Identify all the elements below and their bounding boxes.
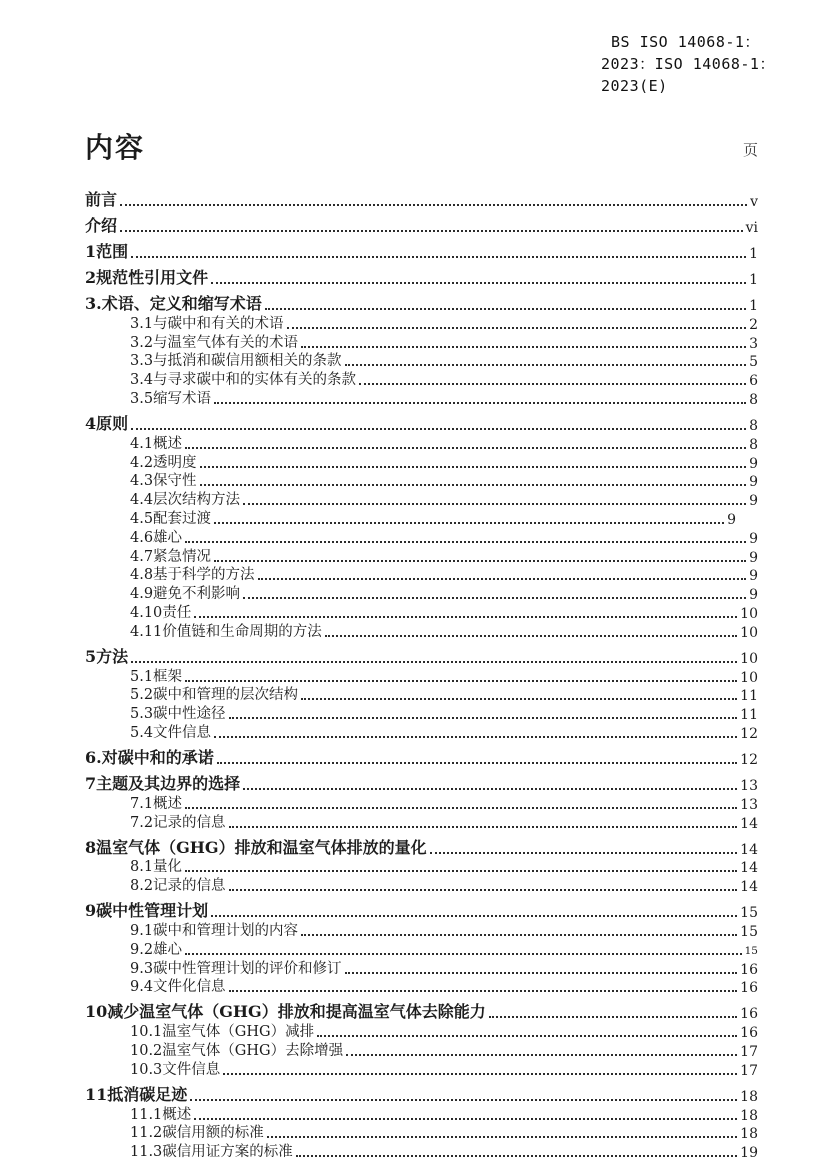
toc-leader-dots (190, 1099, 737, 1101)
toc-entry: 7主题及其边界的选择13 (85, 774, 758, 794)
toc-entry: 5方法10 (85, 647, 758, 667)
document-page: BS ISO 14068-1： 2023：ISO 14068-1： 2023(E… (0, 0, 828, 1170)
toc-leader-dots (214, 560, 746, 562)
toc-leader-dots (185, 680, 737, 682)
toc-entry-label: 5方法 (85, 644, 128, 667)
page-column-label: 页 (743, 139, 758, 165)
toc-entry-page: 9 (749, 531, 758, 547)
contents-title-row: 内容 页 (85, 131, 758, 165)
toc-entry-page: 14 (740, 879, 758, 895)
toc-entry: 2规范性引用文件1 (85, 268, 758, 288)
contents-title: 内容 (85, 131, 145, 165)
toc-leader-dots (217, 762, 737, 764)
toc-entry-page: 15 (740, 924, 758, 940)
toc-leader-dots (185, 807, 737, 809)
toc-entry-page: 9 (749, 587, 758, 603)
toc-entry-label: 4.11价值链和生命周期的方法 (130, 620, 322, 641)
toc-list: 前言v介绍vi1范围12规范性引用文件13.术语、定义和缩写术语13.1与碳中和… (85, 184, 758, 1161)
toc-leader-dots (243, 788, 737, 790)
toc-entry-page: 9 (749, 456, 758, 472)
toc-entry-label: 1范围 (85, 239, 128, 262)
toc-entry-page: 11 (740, 707, 758, 723)
toc-entry-page: 6 (749, 373, 758, 389)
toc-entry-page: v (750, 194, 758, 210)
toc-entry: 9.1碳中和管理计划的内容15 (85, 921, 758, 940)
toc-entry: 8温室气体（GHG）排放和温室气体排放的量化14 (85, 838, 758, 858)
toc-leader-dots (267, 1136, 737, 1138)
toc-leader-dots (325, 635, 737, 637)
toc-leader-dots (301, 698, 737, 700)
toc-leader-dots (258, 578, 747, 580)
toc-entry-label: 10减少温室气体（GHG）排放和提高温室气体去除能力 (85, 999, 486, 1022)
toc-leader-dots (317, 1035, 737, 1037)
toc-entry-page: 1 (749, 246, 758, 262)
toc-entry: 3.5缩写术语8 (85, 389, 758, 408)
toc-entry: 1范围1 (85, 242, 758, 262)
standard-reference-header: BS ISO 14068-1： 2023：ISO 14068-1： 2023(E… (601, 31, 821, 97)
toc-entry: 8.2记录的信息14 (85, 876, 758, 895)
toc-leader-dots (296, 1155, 737, 1157)
toc-leader-dots (185, 541, 746, 543)
toc-entry-page: 14 (740, 816, 758, 832)
toc-entry: 介绍vi (85, 216, 758, 236)
toc-entry-page: 9 (749, 474, 758, 490)
toc-entry-page: 1 (749, 298, 758, 314)
toc-leader-dots (243, 503, 746, 505)
toc-leader-dots (214, 736, 737, 738)
toc-entry-page: 10 (740, 606, 758, 622)
toc-entry-label: 7主题及其边界的选择 (85, 771, 240, 794)
toc-entry-label: 10.3文件信息 (130, 1058, 220, 1079)
toc-entry-label: 前言 (85, 187, 117, 210)
toc-entry: 6.对碳中和的承诺12 (85, 748, 758, 768)
toc-entry-label: 9.4文件化信息 (130, 975, 226, 996)
toc-entry: 4.11价值链和生命周期的方法10 (85, 622, 758, 641)
header-line-3: 2023(E) (601, 75, 821, 97)
toc-entry-page: 9 (749, 493, 758, 509)
toc-entry-page: 13 (740, 797, 758, 813)
toc-entry-page: 1 (749, 272, 758, 288)
toc-entry: 11.3碳信用证方案的标准19 (85, 1142, 758, 1161)
toc-entry: 10.3文件信息17 (85, 1060, 758, 1079)
toc-entry-page: 9 (749, 568, 758, 584)
toc-entry-label: 5.4文件信息 (130, 721, 211, 742)
toc-entry-page: vi (746, 220, 758, 236)
toc-leader-dots (211, 282, 746, 284)
toc-leader-dots (359, 383, 746, 385)
toc-entry-page: 14 (740, 842, 758, 858)
toc-entry-page: 8 (749, 418, 758, 434)
toc-entry-page: 12 (740, 752, 758, 768)
toc-leader-dots (229, 990, 738, 992)
toc-leader-dots (185, 953, 742, 955)
toc-entry-page: 17 (740, 1044, 758, 1060)
toc-entry-label: 9碳中性管理计划 (85, 898, 208, 921)
toc-leader-dots (265, 308, 746, 310)
toc-leader-dots (214, 402, 746, 404)
toc-entry: 9.4文件化信息16 (85, 978, 758, 997)
toc-leader-dots (131, 428, 746, 430)
header-line-1: BS ISO 14068-1： (601, 31, 821, 53)
toc-entry-page: 12 (740, 726, 758, 742)
toc-leader-dots (287, 327, 747, 329)
toc-entry-label: 11抵消碳足迹 (85, 1082, 187, 1105)
toc-entry-page: 18 (740, 1089, 758, 1105)
toc-entry: 4.5配套过渡9 (85, 509, 758, 528)
toc-entry-label: 6.对碳中和的承诺 (85, 745, 214, 768)
toc-leader-dots (200, 484, 747, 486)
toc-entry-label: 介绍 (85, 213, 117, 236)
toc-leader-dots (229, 826, 738, 828)
toc-entry-page: 18 (740, 1108, 758, 1124)
toc-entry-page: 10 (740, 670, 758, 686)
toc-entry-page: 17 (740, 1063, 758, 1079)
toc-entry: 前言v (85, 190, 758, 210)
toc-entry-page: 16 (740, 980, 758, 996)
toc-leader-dots (194, 1118, 737, 1120)
toc-entry-label: 8温室气体（GHG）排放和温室气体排放的量化 (85, 835, 427, 858)
toc-entry-page: 9 (727, 512, 736, 528)
toc-leader-dots (301, 934, 737, 936)
toc-entry-label: 8.2记录的信息 (130, 874, 226, 895)
toc-entry-page: 9 (749, 550, 758, 566)
toc-entry-label: 2规范性引用文件 (85, 265, 208, 288)
toc-entry-label: 3.5缩写术语 (130, 387, 211, 408)
toc-entry-page: 8 (749, 437, 758, 453)
toc-entry-page: 10 (740, 625, 758, 641)
toc-leader-dots (301, 346, 746, 348)
toc-leader-dots (346, 1054, 737, 1056)
toc-leader-dots (214, 522, 724, 524)
toc-entry-page: 8 (749, 392, 758, 408)
header-line-2: 2023：ISO 14068-1： (601, 53, 821, 75)
toc-entry-page: 3 (749, 336, 758, 352)
toc-leader-dots (200, 466, 747, 468)
toc-entry-page: 16 (740, 1025, 758, 1041)
toc-leader-dots (211, 915, 737, 917)
toc-entry-page: 18 (740, 1126, 758, 1142)
toc-entry-page: 15 (740, 905, 758, 921)
toc-entry-label: 11.3碳信用证方案的标准 (130, 1140, 293, 1161)
toc-entry-label: 4原则 (85, 411, 128, 434)
toc-leader-dots (131, 661, 737, 663)
toc-entry-page: 10 (740, 651, 758, 667)
toc-leader-dots (185, 447, 746, 449)
toc-leader-dots (229, 717, 738, 719)
toc-leader-dots (345, 364, 747, 366)
toc-entry: 7.2记录的信息14 (85, 813, 758, 832)
toc-entry-page: 15 (745, 945, 758, 959)
toc-leader-dots (229, 889, 738, 891)
toc-entry-page: 16 (740, 1006, 758, 1022)
toc-leader-dots (243, 597, 746, 599)
toc-entry-page: 19 (740, 1145, 758, 1161)
toc-entry: 5.4文件信息12 (85, 723, 758, 742)
toc-leader-dots (194, 616, 737, 618)
toc-leader-dots (430, 852, 738, 854)
toc-entry-page: 14 (740, 860, 758, 876)
toc-leader-dots (345, 972, 738, 974)
toc-entry-label: 7.2记录的信息 (130, 811, 226, 832)
toc-leader-dots (185, 870, 737, 872)
toc-entry-page: 5 (749, 354, 758, 370)
toc-entry-page: 13 (740, 778, 758, 794)
toc-entry-page: 11 (740, 688, 758, 704)
toc-leader-dots (131, 256, 746, 258)
toc-leader-dots (223, 1073, 737, 1075)
toc-entry: 4原则8 (85, 414, 758, 434)
toc-leader-dots (120, 204, 747, 206)
toc-entry-page: 16 (740, 962, 758, 978)
toc-entry-label: 3.术语、定义和缩写术语 (85, 291, 262, 314)
toc-leader-dots (120, 230, 743, 232)
toc-leader-dots (489, 1016, 737, 1018)
toc-entry-page: 2 (749, 317, 758, 333)
